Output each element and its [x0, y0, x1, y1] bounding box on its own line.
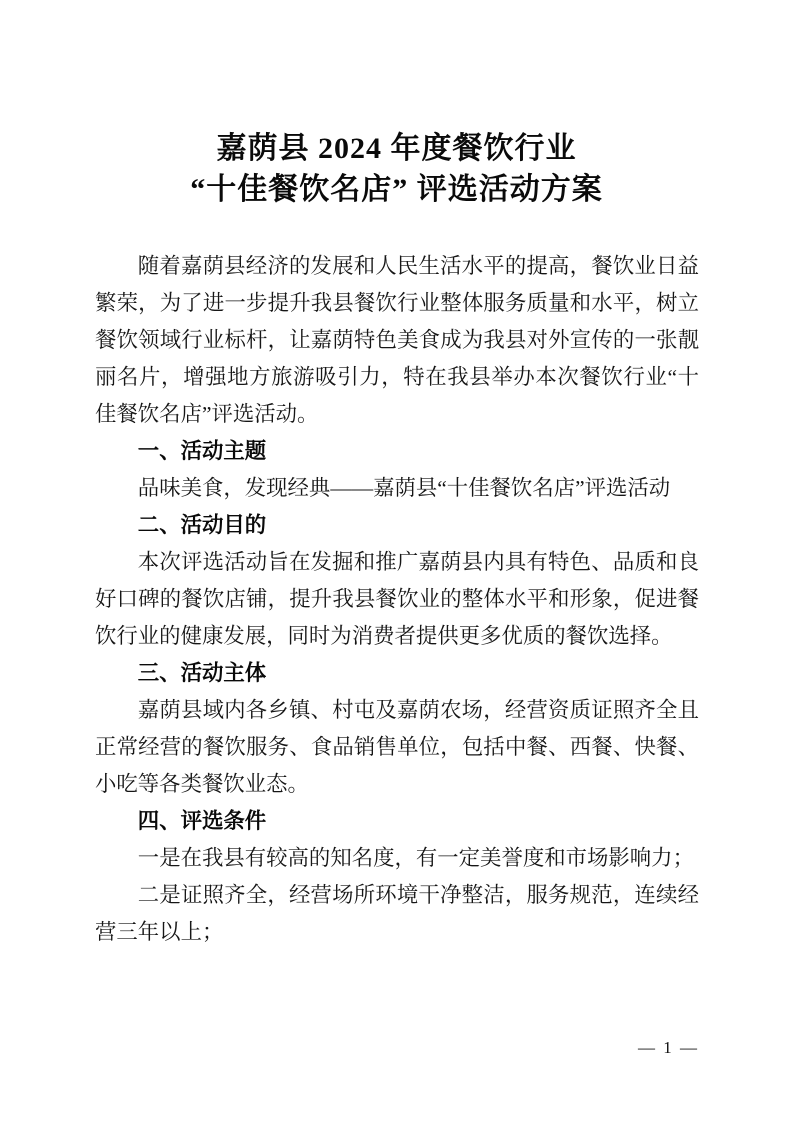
section-3-paragraph: 嘉荫县域内各乡镇、村屯及嘉荫农场，经营资质证照齐全且正常经营的餐饮服务、食品销售… [95, 692, 699, 803]
section-4-item-1: 一是在我县有较高的知名度，有一定美誉度和市场影响力； [95, 840, 699, 877]
document-body: 随着嘉荫县经济的发展和人民生活水平的提高，餐饮业日益繁荣，为了进一步提升我县餐饮… [95, 248, 699, 951]
section-heading-4: 四、评选条件 [95, 803, 699, 840]
section-2-paragraph: 本次评选活动旨在发掘和推广嘉荫县内具有特色、品质和良好口碑的餐饮店铺，提升我县餐… [95, 544, 699, 655]
intro-paragraph: 随着嘉荫县经济的发展和人民生活水平的提高，餐饮业日益繁荣，为了进一步提升我县餐饮… [95, 248, 699, 433]
document-title-line1: 嘉荫县 2024 年度餐饮行业 [0, 128, 793, 169]
section-1-paragraph: 品味美食，发现经典——嘉荫县“十佳餐饮名店”评选活动 [95, 470, 699, 507]
document-title: 嘉荫县 2024 年度餐饮行业 “十佳餐饮名店” 评选活动方案 [0, 128, 793, 210]
section-heading-3: 三、活动主体 [95, 655, 699, 692]
section-heading-2: 二、活动目的 [95, 507, 699, 544]
page-number: — 1 — [95, 1038, 699, 1058]
document-title-line2: “十佳餐饮名店” 评选活动方案 [0, 169, 793, 210]
document-page: 嘉荫县 2024 年度餐饮行业 “十佳餐饮名店” 评选活动方案 随着嘉荫县经济的… [0, 0, 793, 1122]
section-4-item-2: 二是证照齐全，经营场所环境干净整洁，服务规范，连续经营三年以上； [95, 877, 699, 951]
section-heading-1: 一、活动主题 [95, 433, 699, 470]
